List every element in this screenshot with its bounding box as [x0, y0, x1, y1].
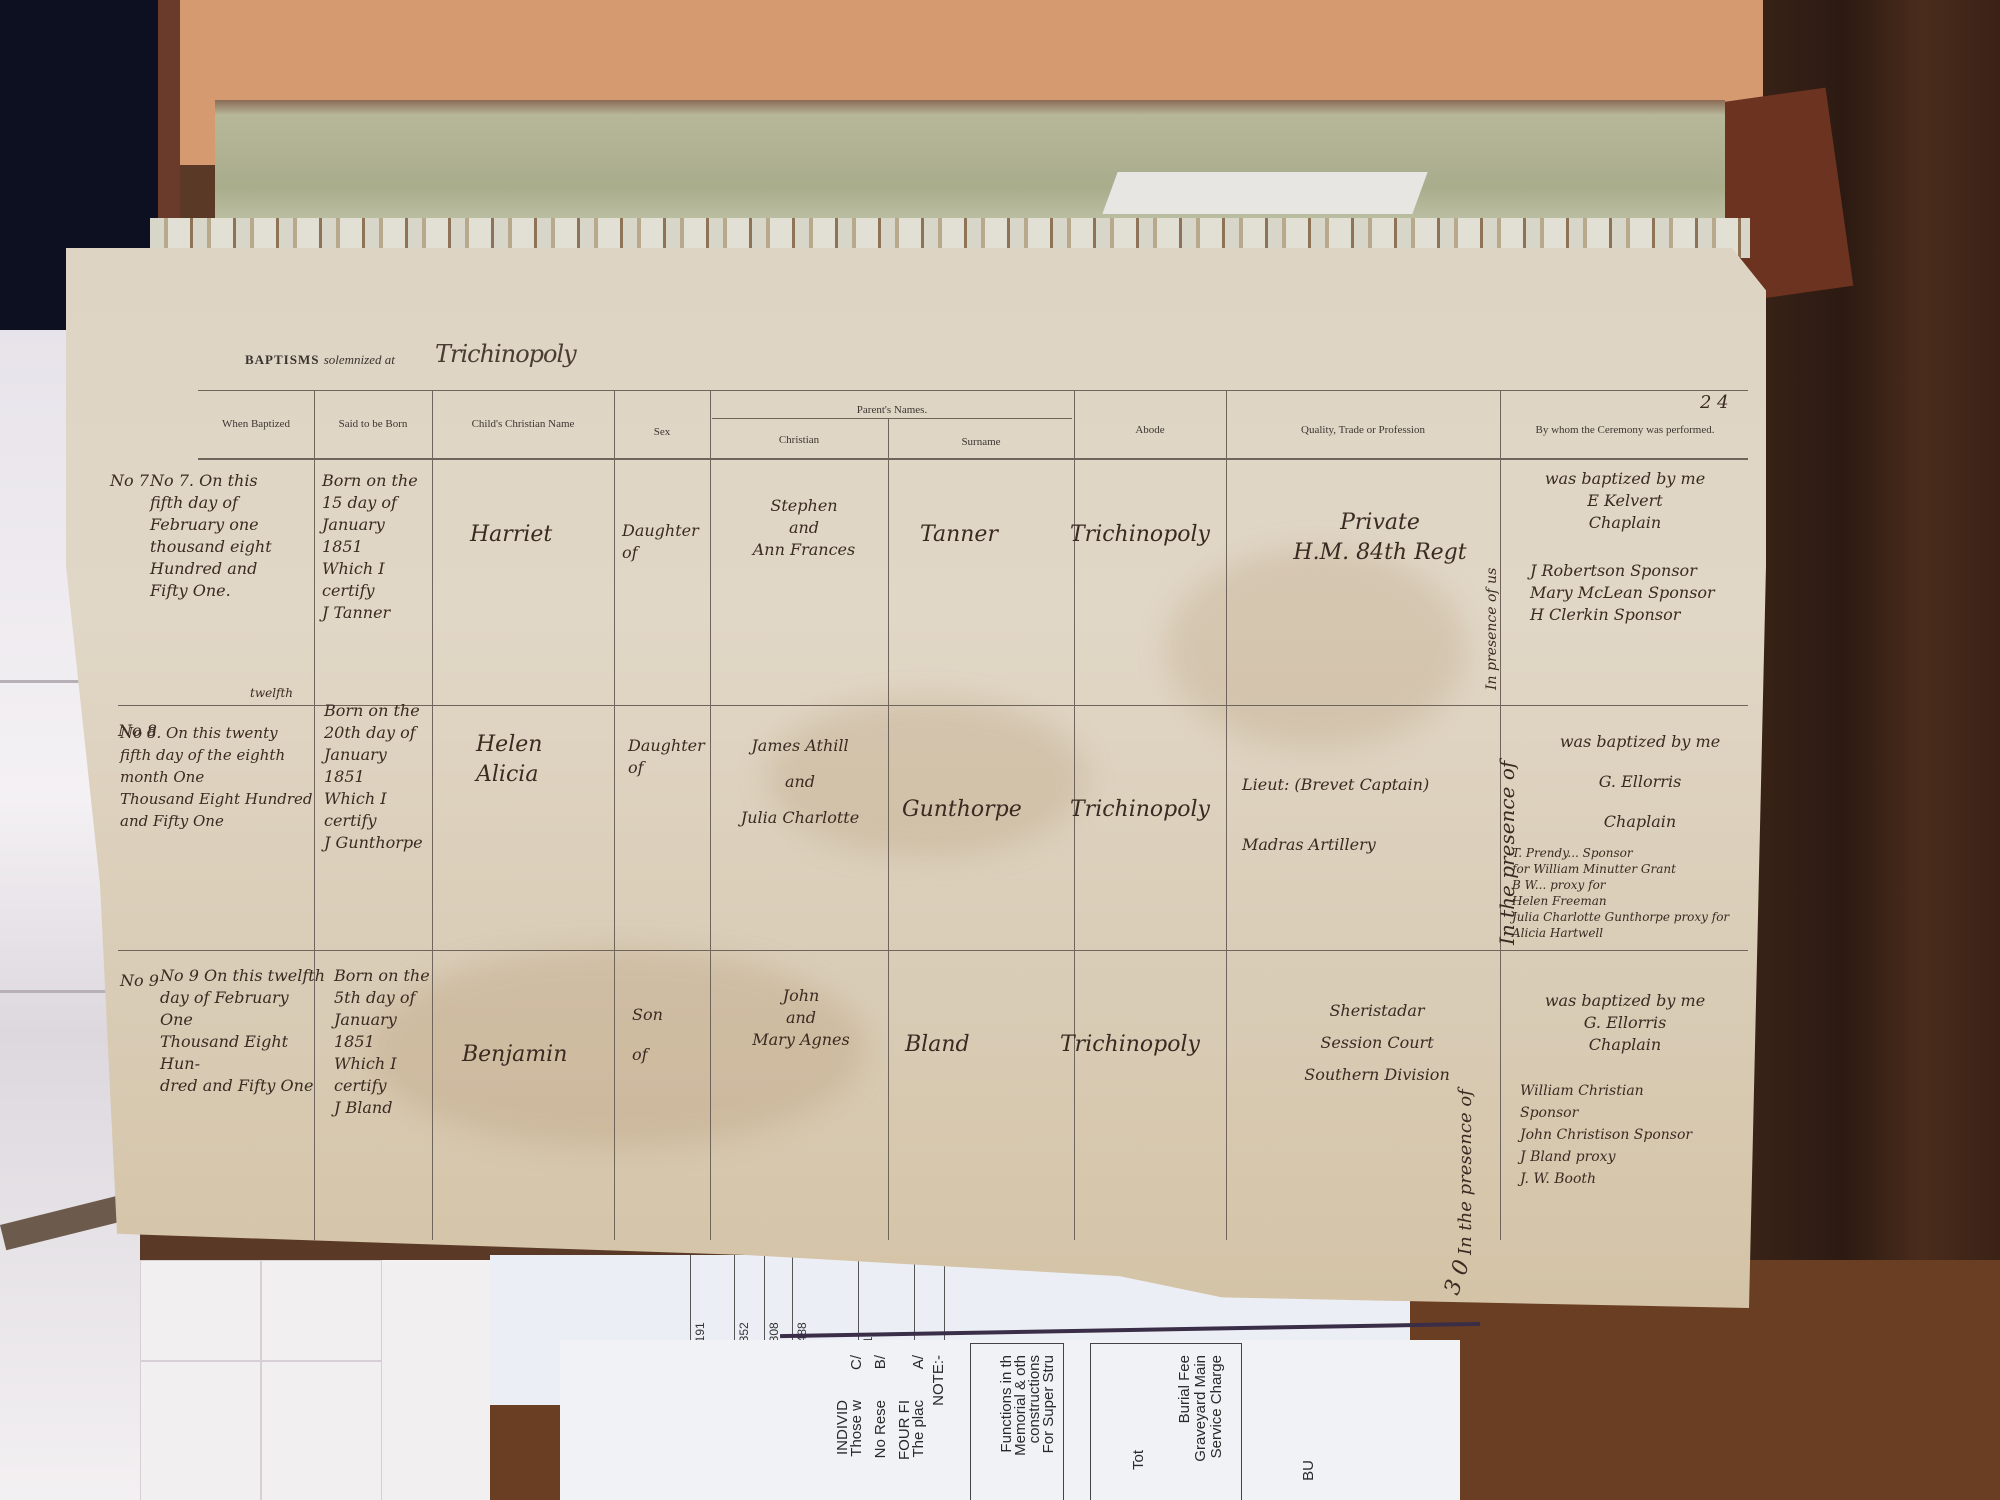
col-parents-group: Parent's Names. [710, 404, 1074, 416]
col-when-baptized: When Baptized [198, 418, 314, 430]
entry-3-parent-surname: Bland [905, 1030, 1070, 1060]
entry-1-child-name: Harriet [470, 520, 610, 550]
entry-2-abode: Trichinopoly [1070, 795, 1230, 825]
table-cell: 3191 [690, 1255, 739, 1353]
entry-1-performed-by: was baptized by me E Kelvert Chaplain [1510, 468, 1740, 534]
entry-2-interlined: twelfth [250, 685, 330, 701]
table-cell: 11 [858, 1255, 891, 1353]
note-text: INDIVID [834, 1400, 851, 1455]
entry-2-when-baptized: No 8. On this twenty fifth day of the ei… [120, 722, 320, 832]
entry-1-parent-christian: Stephen and Ann Frances [720, 495, 888, 561]
col-parent-surname: Surname [888, 436, 1074, 448]
col-divider [710, 390, 711, 1240]
col-sex: Sex [614, 426, 710, 438]
entry-3-when-baptized: No 9 On this twelfth day of February One… [160, 965, 325, 1097]
entry-1-parent-surname: Tanner [920, 520, 1070, 550]
entry-3-parent-christian: John and Mary Agnes [716, 985, 886, 1051]
entry-3-margin-note: In the presence of [1455, 1089, 1476, 1255]
burial-fee-notice: Service Charge Graveyard Main Burial Fee… [560, 1340, 1460, 1500]
parents-rule [712, 418, 1072, 419]
entry-2-margin-note: In the presence of [1495, 761, 1519, 945]
entry-2-sex: Daughter of [628, 735, 716, 779]
fee-row: Burial Fee [1176, 1355, 1193, 1423]
floor-tile [260, 1360, 382, 1500]
entry-3-abode: Trichinopoly [1060, 1030, 1230, 1060]
entry-2-performed-by: was baptized by me G. Ellorris Chaplain [1530, 722, 1750, 842]
entry-1-abode: Trichinopoly [1070, 520, 1230, 550]
floor-tile [140, 1260, 262, 1362]
table-cell: 2488 [792, 1255, 827, 1353]
entry-2-parent-surname: Gunthorpe [902, 795, 1072, 825]
entry-1-quality: Private H.M. 84th Regt [1265, 508, 1495, 568]
entry-3-quality: Sheristadar Session Court Southern Divis… [1252, 995, 1502, 1091]
floor-tile [140, 1360, 262, 1500]
note-marker: A/ [910, 1355, 927, 1369]
fee-row: Graveyard Main [1192, 1355, 1209, 1462]
table-cell: 4 [914, 1255, 947, 1353]
entry-2-said-born: Born on the 20th day of January 1851 Whi… [324, 700, 436, 854]
fee-row: Service Charge [1208, 1355, 1225, 1458]
torn-paper-fragment [1102, 172, 1427, 214]
entry-3-sponsors: William Christian Sponsor John Christiso… [1520, 1080, 1750, 1190]
entry-3-sex: Son of [632, 995, 712, 1075]
tiled-floor-bottom [140, 1260, 490, 1500]
col-divider [614, 390, 615, 1240]
header-top-rule [198, 390, 1748, 391]
note-text: FOUR FI [896, 1400, 913, 1460]
note-marker: C/ [848, 1355, 865, 1370]
stain [1166, 548, 1466, 748]
entry-1-sex: Daughter of [622, 520, 712, 564]
table-cell: 9 [944, 1255, 977, 1353]
col-quality: Quality, Trade or Profession [1226, 424, 1500, 436]
header-bottom-rule [198, 458, 1748, 460]
col-performed-by: By whom the Ceremony was performed. [1500, 424, 1750, 436]
row-divider [118, 950, 1748, 951]
floor-tile [260, 1260, 382, 1362]
entry-1-when-baptized: No 7. On this fifth day of February one … [150, 470, 320, 602]
margin-fragment: No 7 [110, 470, 150, 492]
entry-1-margin-note: In presence of us [1484, 568, 1500, 690]
book-spine-board [215, 100, 1725, 225]
entry-1-sponsors: J Robertson Sponsor Mary McLean Sponsor … [1530, 560, 1760, 626]
note-label: NOTE:- [930, 1355, 947, 1406]
col-divider [888, 418, 889, 1240]
note-marker: B/ [872, 1355, 889, 1369]
total-label: Tot [1130, 1450, 1147, 1470]
page-number: 2 4 [1700, 392, 1729, 413]
entry-1-said-born: Born on the 15 day of January 1851 Which… [322, 470, 432, 624]
col-parent-christian: Christian [710, 434, 888, 446]
notice-heading: BU [1300, 1460, 1317, 1481]
col-child-name: Child's Christian Name [432, 418, 614, 430]
col-abode: Abode [1074, 424, 1226, 436]
register-title: BAPTISMS solemnized at [245, 352, 395, 368]
margin-fragment: No 9 [120, 970, 160, 992]
col-said-born: Said to be Born [314, 418, 432, 430]
entry-2-quality: Lieut: (Brevet Captain) Madras Artillery [1242, 755, 1502, 875]
entry-3-child-name: Benjamin [462, 1040, 612, 1070]
title-bold: BAPTISMS [245, 352, 319, 367]
structure-line: Functions in th [998, 1355, 1015, 1453]
entry-2-sponsors: T. Prendy... Sponsor for William Minutte… [1512, 845, 1752, 941]
entry-3-said-born: Born on the 5th day of January 1851 Whic… [334, 965, 444, 1119]
cover-edge [158, 0, 180, 220]
title-italic: solemnized at [324, 352, 395, 367]
place-name-handwritten: Trichinopoly [435, 340, 576, 368]
entry-3-performed-by: was baptized by me G. Ellorris Chaplain [1505, 990, 1745, 1056]
entry-2-child-name: Helen Alicia [476, 730, 606, 790]
entry-2-parent-christian: James Athill and Julia Charlotte [712, 728, 888, 836]
note-text: No Rese [872, 1400, 889, 1458]
